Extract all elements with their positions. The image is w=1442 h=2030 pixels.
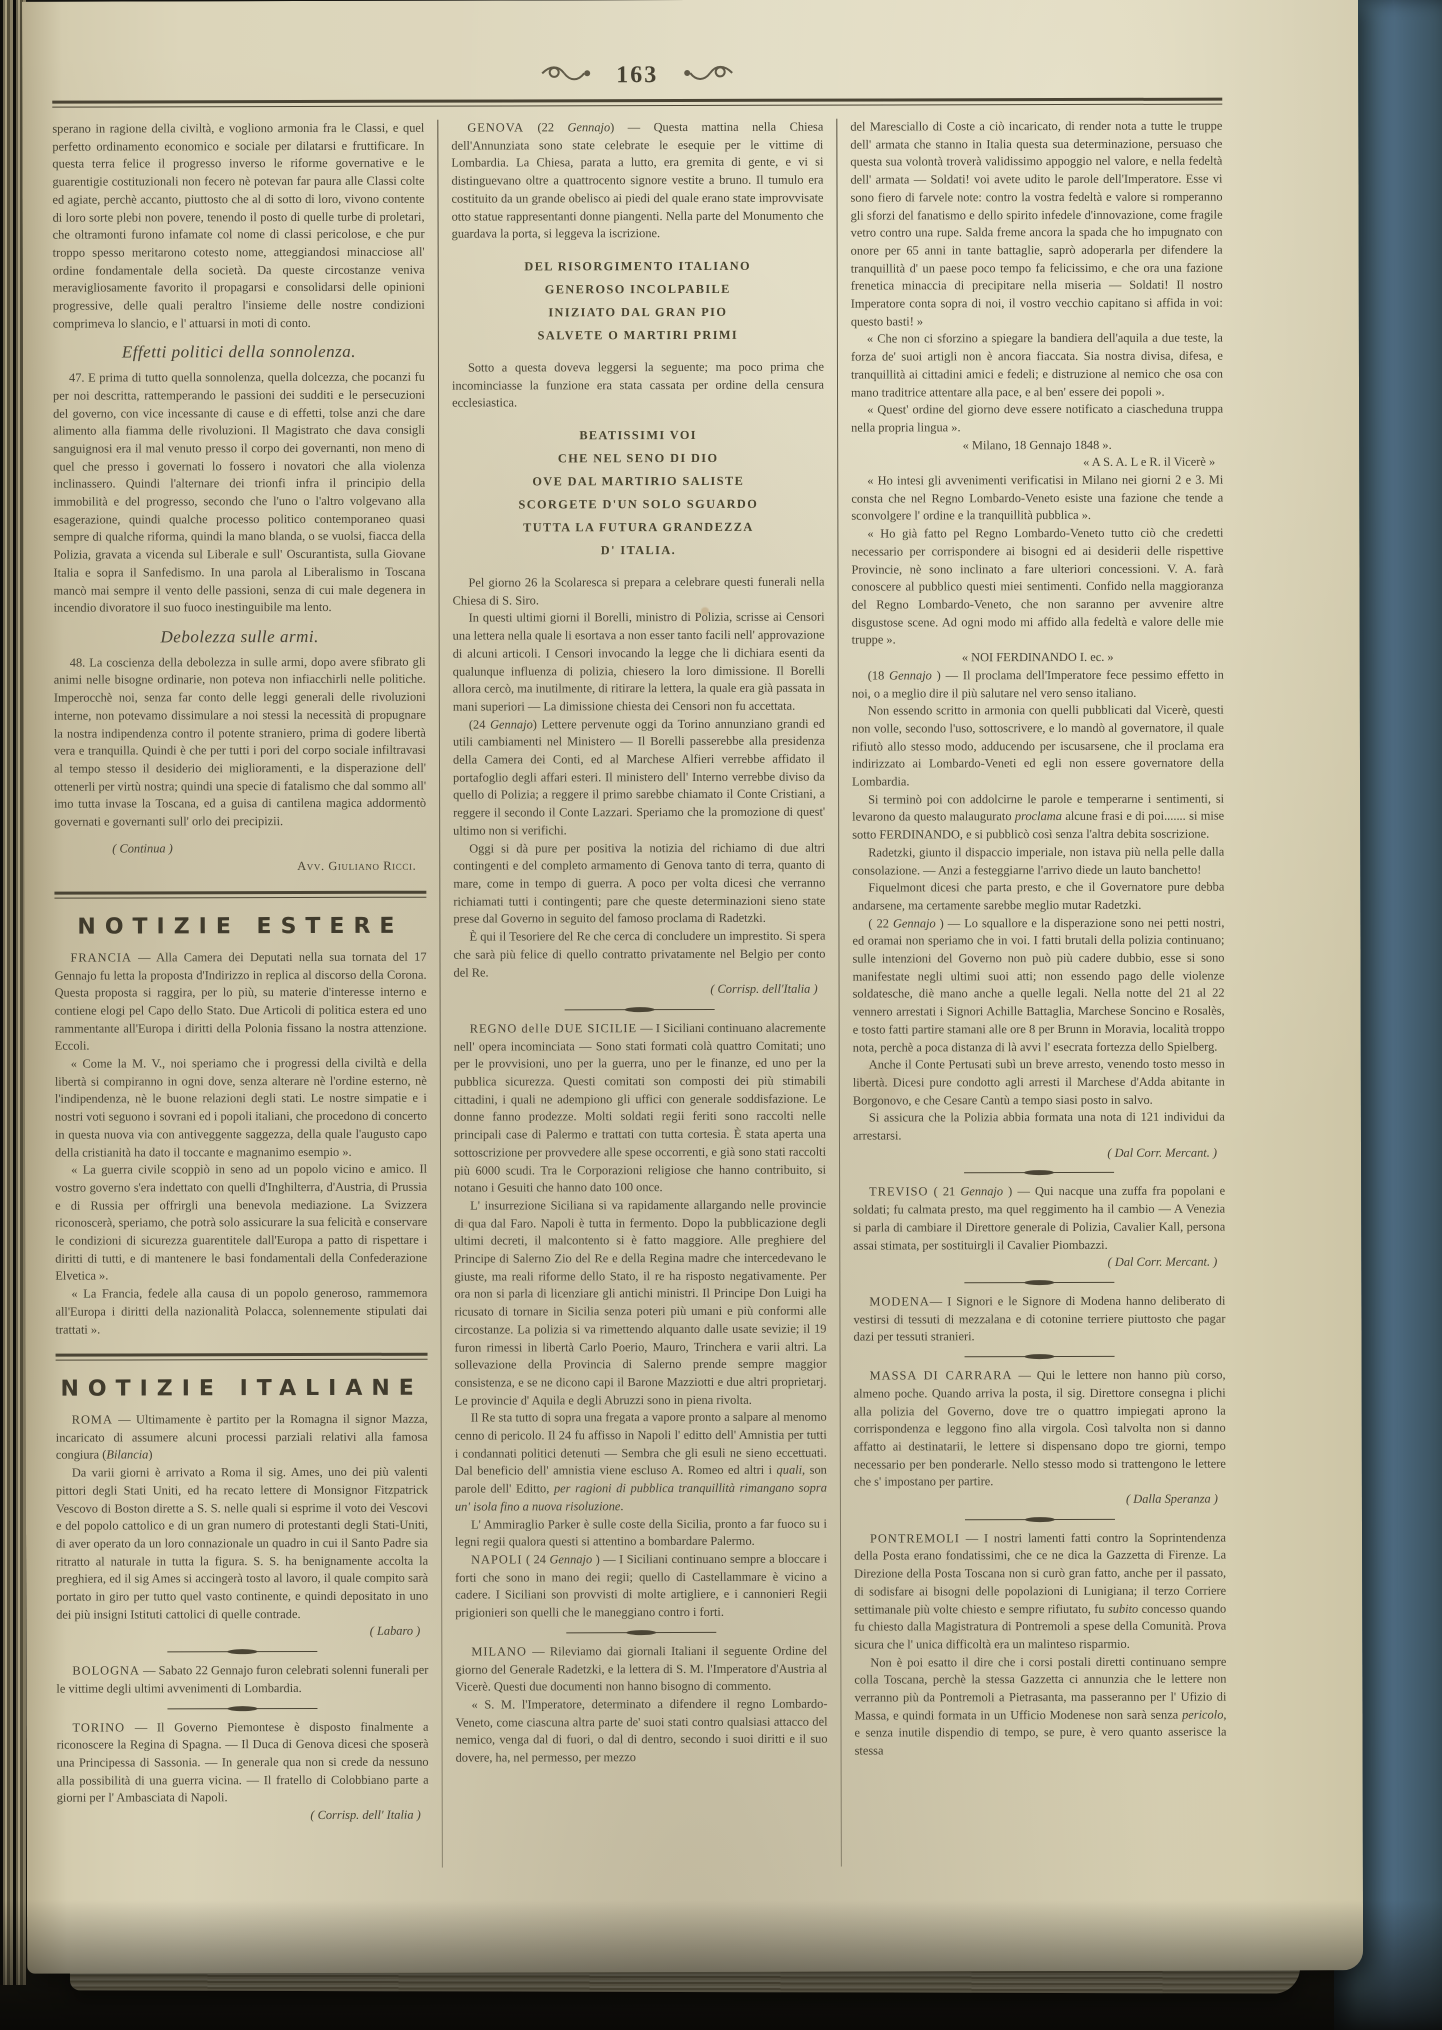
article-paragraph: REGNO delle DUE SICILIE — I Siciliani co… — [454, 1020, 826, 1198]
section-rule — [56, 1353, 428, 1361]
continua-note: ( Continua ) — [112, 839, 426, 858]
article-paragraph: ( 22 Gennajo ) — Lo squallore e la dispe… — [852, 914, 1224, 1057]
citation-right: ( Dalla Speranza ) — [854, 1491, 1226, 1510]
article-paragraph: Radetzki, giunto il dispaccio imperiale,… — [852, 843, 1224, 879]
inscription-line: INIZIATO DAL GRAN PIO — [452, 301, 824, 325]
article-paragraph: 48. La coscienza della debolezza in sull… — [54, 653, 426, 831]
article-paragraph: MILANO — Rileviamo dai giornali Italiani… — [455, 1642, 827, 1696]
column-center: GENOVA (22 Gennajo) — Questa mattina nel… — [451, 119, 828, 1868]
article-paragraph: del Maresciallo di Coste a ciò incaricat… — [850, 118, 1223, 331]
article-lead: REGNO delle DUE SICILIE — [470, 1021, 637, 1035]
inscription-line: SALVETE O MARTIRI PRIMI — [452, 324, 824, 348]
column-divider — [437, 120, 443, 1868]
masthead-rule — [52, 98, 1222, 108]
inscription-block: DEL RISORGIMENTO ITALIANOGENEROSO INCOLP… — [452, 255, 824, 348]
citation-right: ( Corrisp. dell'Italia ) — [454, 981, 826, 1000]
section-heading: NOTIZIE ITALIANE — [56, 1380, 428, 1399]
article-paragraph: 47. E prima di tutto quella sonnolenza, … — [53, 369, 426, 618]
inscription-block: BEATISSIMI VOICHE NEL SENO DI DIOOVE DAL… — [452, 424, 824, 563]
article-paragraph: « S. M. l'Imperatore, determinato a dife… — [455, 1696, 827, 1768]
article-paragraph: PONTREMOLI — I nostri lamenti fatti cont… — [854, 1529, 1226, 1654]
inscription-line: SCORGETE D'UN SOLO SGUARDO — [452, 493, 824, 517]
article-paragraph: Il Re sta tutto di sopra una fregata a v… — [455, 1409, 827, 1516]
article-paragraph: BOLOGNA — Sabato 22 Gennajo furon celebr… — [56, 1662, 428, 1698]
article-lead: TORINO — [73, 1720, 126, 1734]
swelled-rule — [964, 1280, 1114, 1285]
article-paragraph: « Ho già fatto pel Regno Lombardo-Veneto… — [851, 525, 1223, 650]
article-paragraph: Non è poi esatto il dire che i corsi pos… — [854, 1653, 1226, 1760]
article-paragraph: Si terminò poi con addolcirne le parole … — [852, 790, 1224, 844]
article-lead: GENOVA — [467, 120, 524, 134]
article-lead: MASSA DI CARRARA — [870, 1368, 1013, 1382]
author-signature: Avv. Giuliano Ricci. — [54, 858, 416, 877]
section-heading-italic: Effetti politici della sonnolenza. — [53, 343, 425, 362]
article-paragraph: Pel giorno 26 la Scolaresca si prepara a… — [453, 574, 825, 610]
article-paragraph: FRANCIA — Alla Camera dei Deputati nella… — [54, 949, 426, 1056]
article-lead: PONTREMOLI — [870, 1531, 960, 1545]
article-paragraph: Si assicura che la Polizia abbia formata… — [853, 1109, 1225, 1145]
article-lead: FRANCIA — [70, 950, 131, 964]
article-paragraph: NAPOLI ( 24 Gennajo ) — I Siciliani cont… — [455, 1551, 827, 1623]
article-text-area: sperano in ragione della civiltà, e vogl… — [52, 118, 1227, 1869]
article-paragraph: ROMA — Ultimamente è partito per la Roma… — [56, 1411, 428, 1465]
article-lead: NAPOLI — [471, 1552, 522, 1566]
article-paragraph: « Quest' ordine del giorno deve essere n… — [851, 401, 1223, 437]
article-paragraph: sperano in ragione della civiltà, e vogl… — [52, 120, 425, 333]
swelled-rule — [965, 1354, 1115, 1359]
citation-right: « A S. A. L e R. il Vicerè » — [851, 454, 1223, 473]
inscription-line: D' ITALIA. — [452, 539, 824, 563]
printer-ornament-right-icon — [682, 63, 734, 88]
swelled-rule — [964, 1170, 1114, 1175]
article-paragraph: Oggi si dà pure per positiva la notizia … — [453, 839, 825, 928]
article-paragraph: (24 Gennajo) Lettere pervenute oggi da T… — [453, 715, 825, 840]
quote-line: « NOI FERDINANDO I. ec. » — [852, 649, 1224, 668]
article-paragraph: TREVISO ( 21 Gennajo ) — Qui nacque una … — [853, 1183, 1225, 1255]
section-rule — [54, 891, 426, 899]
article-paragraph: L' Ammiraglio Parker è sulle coste della… — [455, 1515, 827, 1551]
section-heading-italic: Debolezza sulle armi. — [54, 628, 426, 647]
printer-ornament-left-icon — [540, 63, 592, 88]
swelled-rule — [167, 1649, 317, 1654]
article-paragraph: Fiquelmont dicesi che parta presto, e ch… — [852, 879, 1224, 915]
swelled-rule — [566, 1630, 716, 1635]
page-number: 163 — [616, 62, 658, 88]
article-paragraph: GENOVA (22 Gennajo) — Questa mattina nel… — [451, 119, 823, 244]
inscription-line: BEATISSIMI VOI — [452, 424, 824, 448]
article-paragraph: Da varii giorni è arrivato a Roma il sig… — [56, 1464, 428, 1624]
swelled-rule — [167, 1706, 317, 1711]
article-paragraph: L' insurrezione Siciliana si va rapidame… — [454, 1197, 827, 1410]
column-divider — [836, 119, 842, 1867]
article-lead: MILANO — [471, 1644, 527, 1658]
citation-right: ( Dal Corr. Mercant. ) — [853, 1144, 1225, 1163]
article-paragraph: MASSA DI CARRARA — Qui le lettere non ha… — [854, 1367, 1226, 1492]
inscription-line: CHE NEL SENO DI DIO — [452, 447, 824, 471]
quote-line: « Milano, 18 Gennajo 1848 ». — [851, 436, 1223, 455]
section-heading: NOTIZIE ESTERE — [54, 918, 426, 937]
article-paragraph: « Come la M. V., noi speriamo che i prog… — [55, 1055, 427, 1162]
column-left: sperano in ragione della civiltà, e vogl… — [52, 120, 429, 1869]
citation-right: ( Corrisp. dell' Italia ) — [57, 1807, 429, 1826]
article-paragraph: « La Francia, fedele alla causa di un po… — [55, 1285, 427, 1339]
article-paragraph: TORINO — Il Governo Piemontese è dispost… — [56, 1718, 428, 1807]
article-paragraph: « Che non ci sforzino a spiegare la band… — [851, 330, 1223, 402]
inscription-line: DEL RISORGIMENTO ITALIANO — [452, 255, 824, 279]
swelled-rule — [965, 1517, 1115, 1522]
newspaper-page: 163 sperano in ragione della civiltà, e … — [22, 0, 1363, 1974]
column-right: del Maresciallo di Coste a ciò incaricat… — [850, 118, 1227, 1867]
article-paragraph: In questi ultimi giorni il Borelli, mini… — [453, 609, 825, 716]
article-lead: ROMA — [72, 1413, 113, 1427]
citation-right: ( Dal Corr. Mercant. ) — [853, 1254, 1225, 1273]
article-paragraph: « Ho intesi gli avvenimenti verificatisi… — [851, 472, 1223, 526]
inscription-line: TUTTA LA FUTURA GRANDEZZA — [452, 516, 824, 540]
article-paragraph: Sotto a questa doveva leggersi la seguen… — [452, 359, 824, 413]
citation-right: ( Labaro ) — [56, 1623, 428, 1642]
article-paragraph: Non essendo scritto in armonia con quell… — [852, 702, 1224, 791]
swelled-rule — [565, 1007, 715, 1012]
article-lead: MODENA — [869, 1294, 929, 1308]
article-paragraph: « La guerra civile scoppiò in seno ad un… — [55, 1161, 427, 1286]
article-paragraph: Anche il Conte Pertusati subì un breve a… — [853, 1056, 1225, 1110]
inscription-line: OVE DAL MARTIRIO SALISTE — [452, 470, 824, 494]
article-paragraph: È qui il Tesoriere del Re che cerca di c… — [453, 928, 825, 982]
inscription-line: GENEROSO INCOLPABILE — [452, 278, 824, 302]
article-lead: TREVISO — [869, 1185, 928, 1199]
article-paragraph: MODENA— I Signori e le Signore di Modena… — [853, 1293, 1225, 1347]
page-header: 163 — [52, 0, 1222, 91]
article-lead: BOLOGNA — [72, 1664, 140, 1678]
book-photo: 163 sperano in ragione della civiltà, e … — [0, 0, 1442, 2030]
article-paragraph: (18 Gennajo ) — Il proclama dell'Imperat… — [852, 666, 1224, 702]
